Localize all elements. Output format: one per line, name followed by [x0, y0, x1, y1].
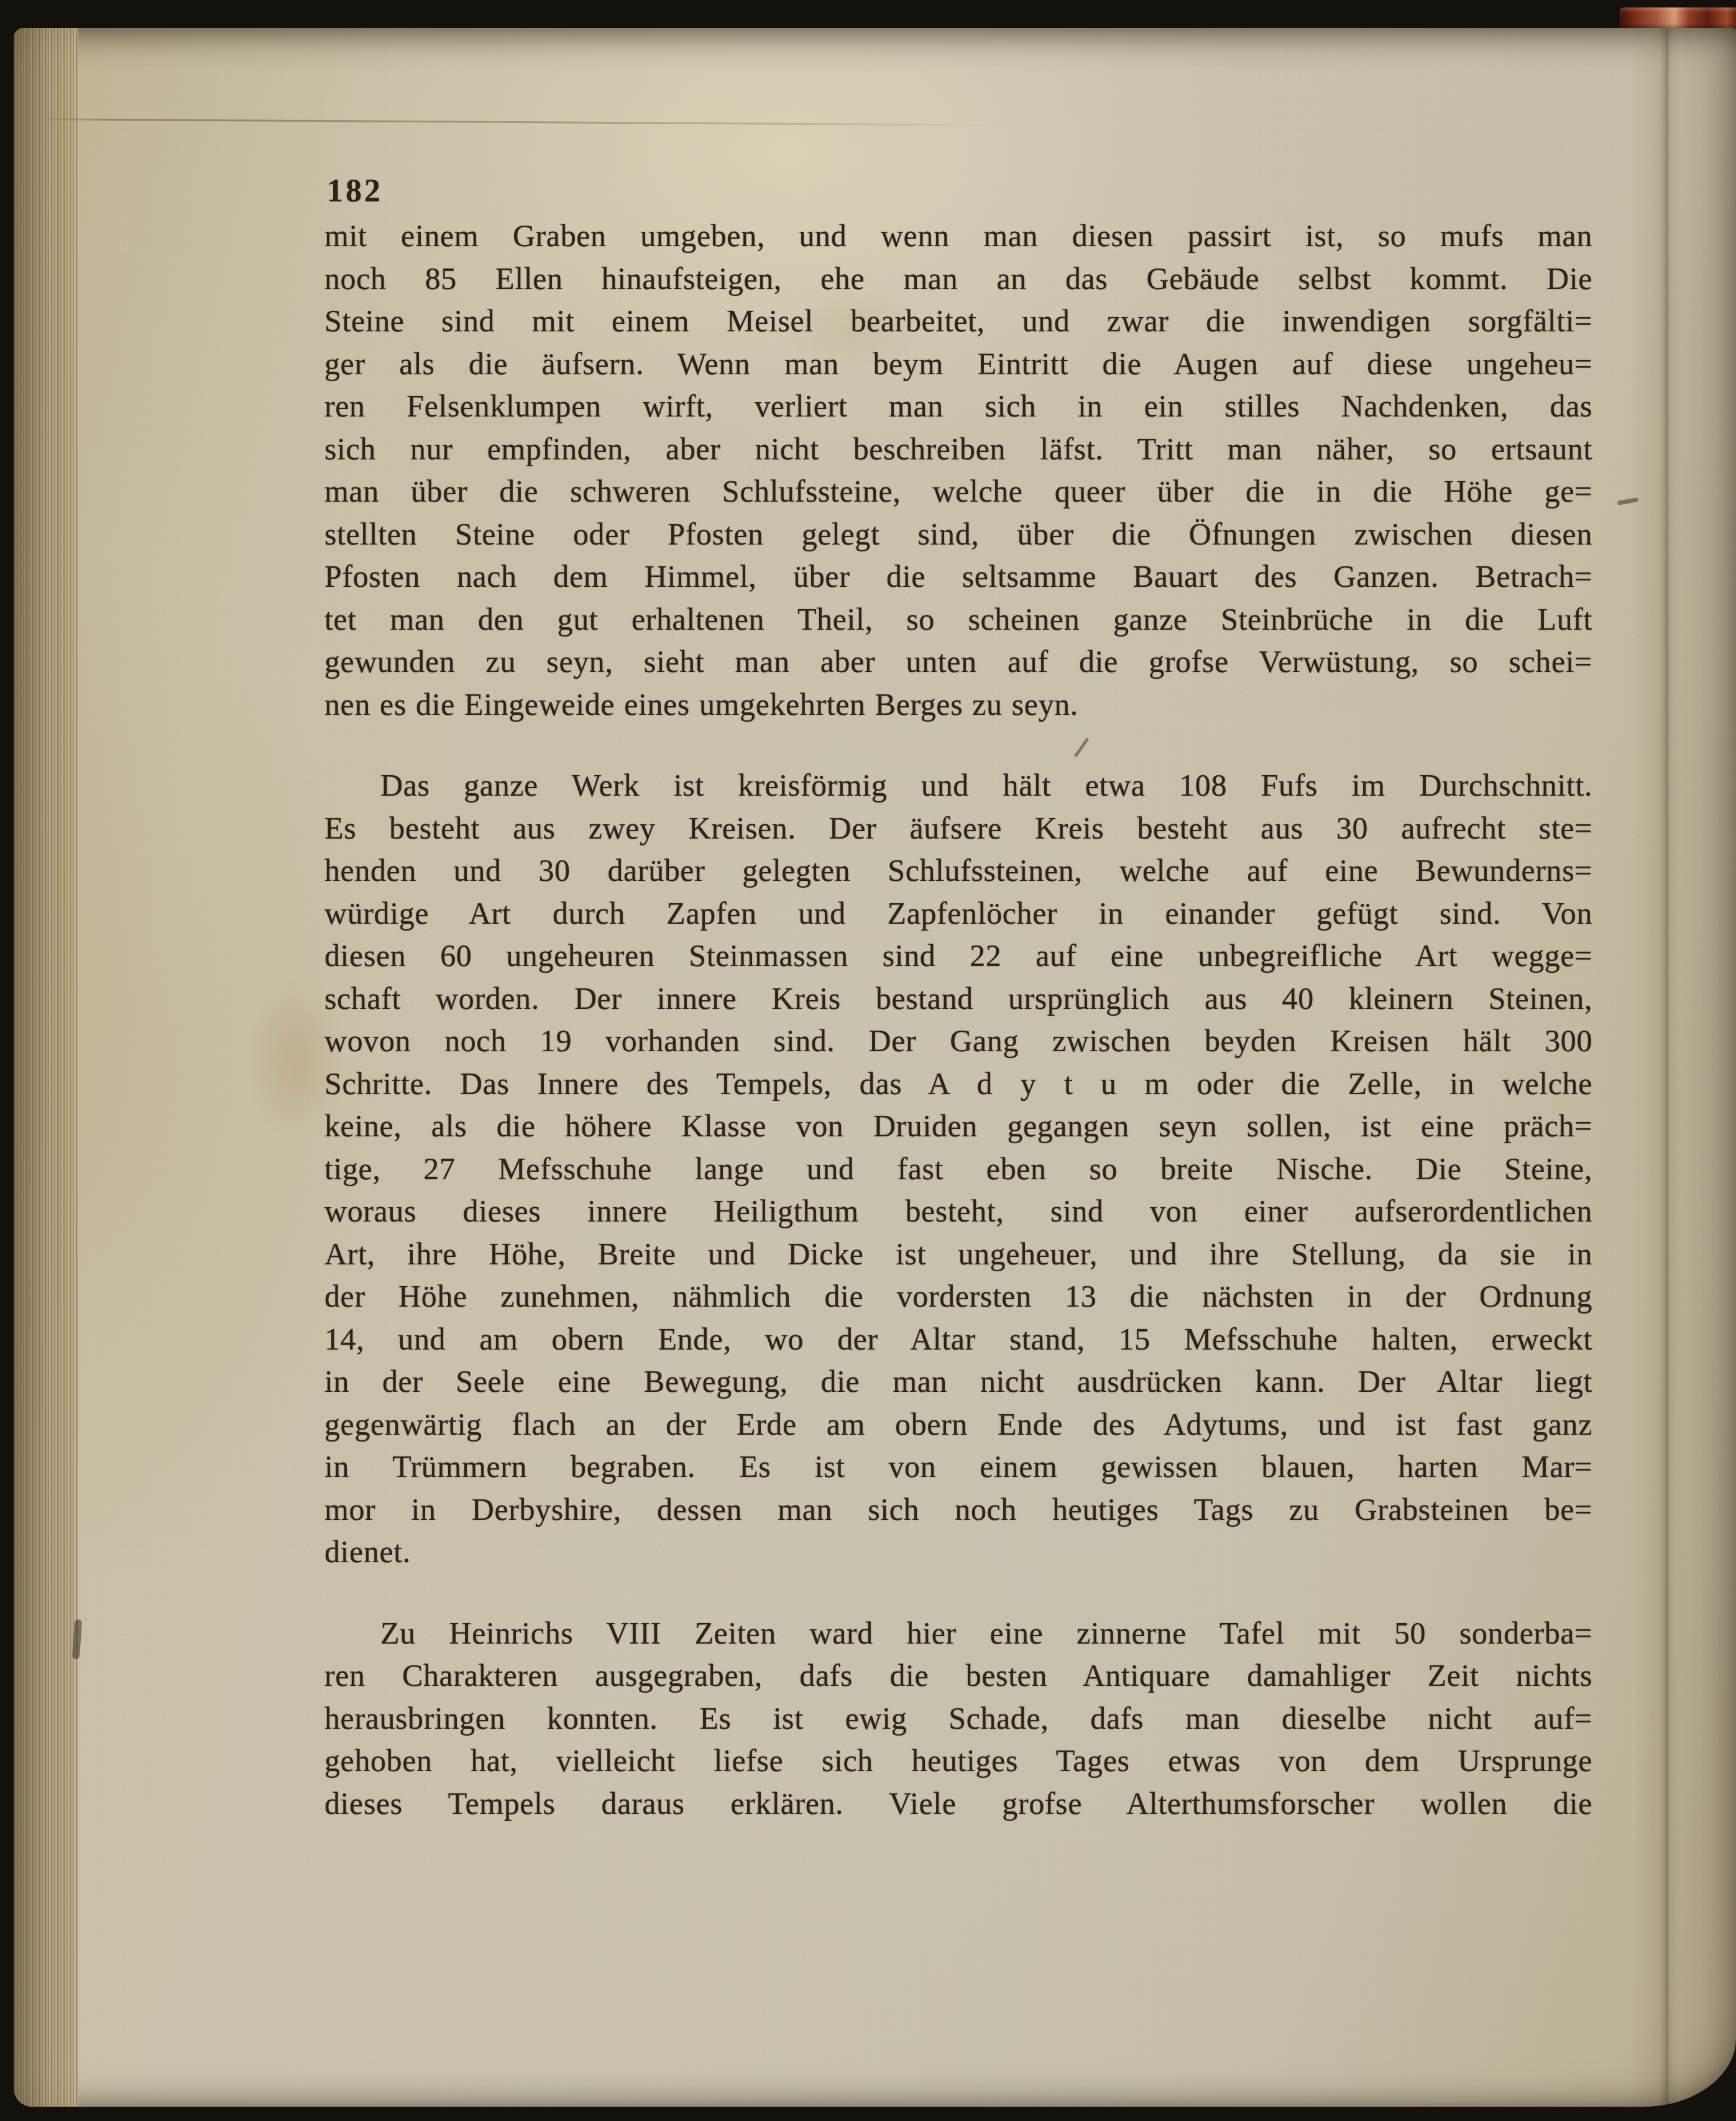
text-line: in Trümmern begraben. Es ist von einem g…	[324, 1445, 1592, 1488]
text-line: dienet.	[324, 1530, 1592, 1573]
text-line: 14, und am obern Ende, wo der Altar stan…	[324, 1318, 1592, 1361]
text-line: schaft worden. Der innere Kreis bestand …	[324, 977, 1592, 1020]
text-block: mit einem Graben umgeben, und wenn man d…	[324, 214, 1592, 1824]
text-line: sich nur empfinden, aber nicht beschreib…	[324, 428, 1592, 471]
text-line: ger als die äufsern. Wenn man beym Eintr…	[324, 343, 1592, 385]
text-line: der Höhe zunehmen, nähmlich die vorderst…	[324, 1275, 1592, 1318]
text-line: Das ganze Werk ist kreisförmig und hält …	[324, 764, 1592, 807]
text-line: tet man den gut erhaltenen Theil, so sch…	[324, 598, 1592, 641]
text-line: Zu Heinrichs VIII Zeiten ward hier eine …	[324, 1612, 1592, 1655]
text-line: keine, als die höhere Klasse von Druiden…	[324, 1105, 1592, 1148]
text-line: nen es die Eingeweide eines umgekehrten …	[324, 683, 1592, 726]
text-line: diesen 60 ungeheuren Steinmassen sind 22…	[324, 934, 1592, 977]
text-line: wovon noch 19 vorhanden sind. Der Gang z…	[324, 1019, 1592, 1062]
page-edge-leaves	[14, 28, 78, 2107]
text-line: mit einem Graben umgeben, und wenn man d…	[324, 214, 1592, 257]
paragraph: mit einem Graben umgeben, und wenn man d…	[324, 214, 1592, 725]
text-line: gegenwärtig flach an der Erde am obern E…	[324, 1403, 1592, 1446]
paper-fold-vertical	[1630, 28, 1704, 2107]
text-line: Es besteht aus zwey Kreisen. Der äufsere…	[324, 807, 1592, 850]
text-line: würdige Art durch Zapfen und Zapfenlöche…	[324, 892, 1592, 935]
scanned-book-photo: 182 mit einem Graben umgeben, und wenn m…	[0, 0, 1736, 2121]
page-number: 182	[327, 173, 383, 209]
text-line: stellten Steine oder Pfosten gelegt sind…	[324, 513, 1592, 556]
text-line: Art, ihre Höhe, Breite und Dicke ist ung…	[324, 1233, 1592, 1276]
text-line: Pfosten nach dem Himmel, über die seltsa…	[324, 555, 1592, 598]
paper-crease-horizontal	[32, 118, 1002, 126]
text-line: ren Charakteren ausgegraben, dafs die be…	[324, 1654, 1592, 1697]
text-line: gewunden zu seyn, sieht man aber unten a…	[324, 640, 1592, 683]
paragraph: Das ganze Werk ist kreisförmig und hält …	[324, 764, 1592, 1573]
text-line: dieses Tempels daraus erklären. Viele gr…	[324, 1782, 1592, 1825]
text-line: herausbringen konnten. Es ist ewig Schad…	[324, 1697, 1592, 1740]
paragraph: Zu Heinrichs VIII Zeiten ward hier eine …	[324, 1612, 1592, 1825]
text-line: man über die schweren Schlufssteine, wel…	[324, 470, 1592, 513]
text-line: tige, 27 Mefsschuhe lange und fast eben …	[324, 1148, 1592, 1190]
book-page: 182 mit einem Graben umgeben, und wenn m…	[14, 28, 1736, 2107]
text-line: Schritte. Das Innere des Tempels, das A …	[324, 1062, 1592, 1105]
text-line: in der Seele eine Bewegung, die man nich…	[324, 1360, 1592, 1403]
text-line: ren Felsenklumpen wirft, verliert man si…	[324, 385, 1592, 428]
text-line: henden und 30 darüber gelegten Schlufsst…	[324, 849, 1592, 892]
text-line: Steine sind mit einem Meisel bearbeitet,…	[324, 300, 1592, 343]
text-line: gehoben hat, vielleicht liefse sich heut…	[324, 1739, 1592, 1782]
text-line: woraus dieses innere Heiligthum besteht,…	[324, 1190, 1592, 1233]
text-line: noch 85 Ellen hinaufsteigen, ehe man an …	[324, 257, 1592, 300]
text-line: mor in Derbyshire, dessen man sich noch …	[324, 1488, 1592, 1531]
